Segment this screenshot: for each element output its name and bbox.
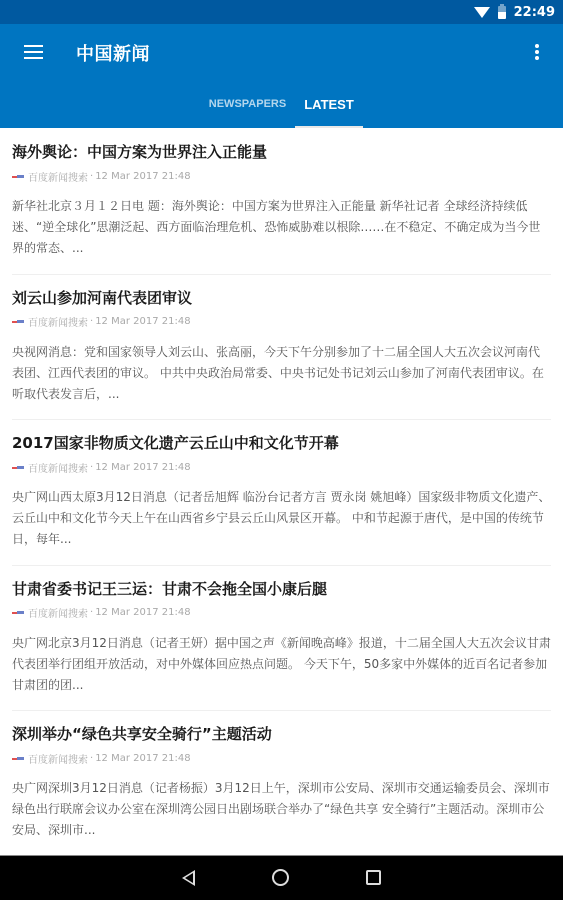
article-item[interactable]: 甘肃省委书记王三运：甘肃不会拖全国小康后腿 百度新闻搜索 · 12 Mar 20… [0,565,563,711]
article-summary: 央视网消息：党和国家领导人刘云山、张高丽，今天下午分别参加了十二届全国人大五次会… [12,342,551,405]
article-source: 百度新闻搜索 [28,169,88,184]
system-nav-bar [0,855,563,900]
app-title: 中国新闻 [76,40,150,66]
article-item[interactable]: 2017国家非物质文化遗产云丘山中和文化节开幕 百度新闻搜索 · 12 Mar … [0,419,563,565]
tab-newspapers[interactable]: NEWSPAPERS [200,80,295,128]
article-item[interactable]: 海外舆论：中国方案为世界注入正能量 百度新闻搜索 · 12 Mar 2017 2… [0,128,563,274]
article-meta: 百度新闻搜索 · 12 Mar 2017 21:48 [12,166,551,186]
article-title: 深圳举办“绿色共享安全骑行”主题活动 [12,710,551,748]
meta-separator: · [90,462,93,473]
article-date: 12 Mar 2017 21:48 [95,316,190,327]
tab-latest[interactable]: LATEST [295,80,363,128]
article-title: 2017国家非物质文化遗产云丘山中和文化节开幕 [12,419,551,457]
article-title: 甘肃省委书记王三运：甘肃不会拖全国小康后腿 [12,565,551,603]
article-summary: 央广网山西太原3月12日消息（记者岳旭辉 临汾台记者方言 贾永岗 姚旭峰）国家级… [12,487,551,550]
article-date: 12 Mar 2017 21:48 [95,171,190,182]
toolbar: 中国新闻 [0,24,563,80]
meta-separator: · [90,753,93,764]
home-icon[interactable] [272,869,289,886]
article-title: 海外舆论：中国方案为世界注入正能量 [12,128,551,166]
article-source: 百度新闻搜索 [28,605,88,620]
source-logo-icon [12,319,24,324]
article-source: 百度新闻搜索 [28,460,88,475]
article-title: 刘云山参加河南代表团审议 [12,274,551,312]
article-source: 百度新闻搜索 [28,751,88,766]
article-summary: 央广网深圳3月12日消息（记者杨振）3月12日上午，深圳市公安局、深圳市交通运输… [12,778,551,841]
wifi-icon [474,7,490,18]
app-bar: 中国新闻 NEWSPAPERS LATEST [0,24,563,128]
recents-icon[interactable] [366,870,381,885]
menu-icon[interactable] [24,45,43,59]
source-logo-icon [12,465,24,470]
meta-separator: · [90,607,93,618]
status-time: 22:49 [514,5,555,20]
article-summary: 央广网北京3月12日消息（记者王妍）据中国之声《新闻晚高峰》报道，十二届全国人大… [12,633,551,696]
article-list[interactable]: 海外舆论：中国方案为世界注入正能量 百度新闻搜索 · 12 Mar 2017 2… [0,128,563,855]
article-item[interactable]: 刘云山参加河南代表团审议 百度新闻搜索 · 12 Mar 2017 21:48 … [0,274,563,420]
article-summary: 新华社北京３月１２日电 题：海外舆论：中国方案为世界注入正能量 新华社记者 全球… [12,196,551,259]
article-date: 12 Mar 2017 21:48 [95,462,190,473]
article-meta: 百度新闻搜索 · 12 Mar 2017 21:48 [12,603,551,623]
article-date: 12 Mar 2017 21:48 [95,753,190,764]
status-bar: 22:49 [0,0,563,24]
article-source: 百度新闻搜索 [28,314,88,329]
meta-separator: · [90,316,93,327]
tab-bar: NEWSPAPERS LATEST [0,80,563,128]
article-meta: 百度新闻搜索 · 12 Mar 2017 21:48 [12,748,551,768]
back-icon[interactable] [182,870,195,886]
article-meta: 百度新闻搜索 · 12 Mar 2017 21:48 [12,312,551,332]
meta-separator: · [90,171,93,182]
source-logo-icon [12,756,24,761]
article-meta: 百度新闻搜索 · 12 Mar 2017 21:48 [12,457,551,477]
source-logo-icon [12,610,24,615]
battery-icon [498,6,506,19]
article-item[interactable]: 深圳举办“绿色共享安全骑行”主题活动 百度新闻搜索 · 12 Mar 2017 … [0,710,563,855]
overflow-menu-icon[interactable] [535,44,539,60]
source-logo-icon [12,174,24,179]
article-date: 12 Mar 2017 21:48 [95,607,190,618]
